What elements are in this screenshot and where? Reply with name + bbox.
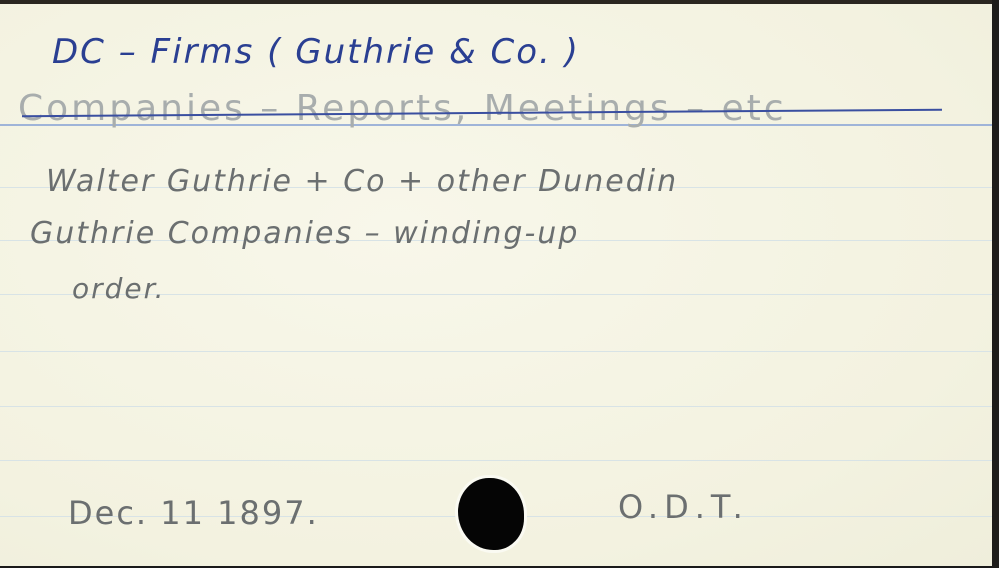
body-line-1: Walter Guthrie + Co + other Dunedin: [46, 164, 678, 199]
struck-subject: Companies – Reports, Meetings – etc: [18, 88, 787, 129]
card-right-edge: [992, 0, 999, 568]
body-line-3: order.: [72, 272, 165, 305]
index-card: DC – Firms ( Guthrie & Co. ) Companies –…: [0, 4, 992, 566]
punch-hole: [458, 478, 524, 550]
ruled-line: [0, 406, 992, 407]
card-heading: DC – Firms ( Guthrie & Co. ): [52, 32, 580, 72]
ruled-line: [0, 351, 992, 352]
body-line-2: Guthrie Companies – winding-up: [30, 216, 579, 251]
card-source: O.D.T.: [618, 488, 749, 526]
card-date: Dec. 11 1897.: [68, 494, 319, 532]
ruled-line: [0, 460, 992, 461]
